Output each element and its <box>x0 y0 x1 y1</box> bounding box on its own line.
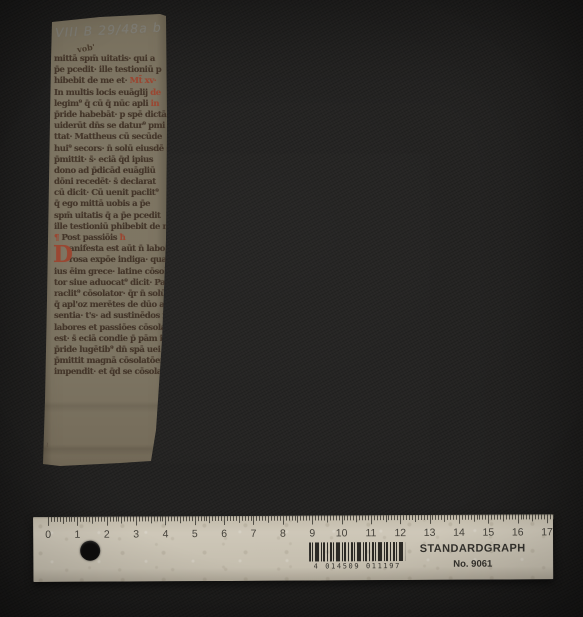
ruler-number: 3 <box>133 528 139 540</box>
ink-segment: dōni recedēt· s̄ declarat <box>54 177 156 187</box>
rubric-segment: Mt̄ xv· <box>130 76 157 86</box>
ink-segment: cū dicit· Cū uenit paclit⁹ <box>54 188 159 198</box>
ruler-tick <box>239 516 240 523</box>
ruler-number: 12 <box>394 527 406 539</box>
text-line: labores et passiōes cōsolat⁹ <box>54 323 166 334</box>
ruler-tick <box>388 515 389 520</box>
ruler-tick <box>474 515 475 522</box>
ruler-tick <box>157 516 158 521</box>
text-line: ttat· Mattheus cū secūde <box>54 132 166 143</box>
text-line: dono ad p̄dicād euāgliū <box>54 166 166 177</box>
ruler-tick <box>309 516 310 521</box>
ruler-tick <box>347 515 348 520</box>
ruler-tick <box>89 517 90 522</box>
ruler-tick <box>145 516 146 521</box>
ruler: 01234567891011121314151617 4 014509 0111… <box>33 514 553 582</box>
ruler-tick <box>380 515 381 520</box>
ruler-tick <box>450 515 451 520</box>
ruler-number: 17 <box>541 526 553 538</box>
ruler-number: 13 <box>424 527 436 539</box>
ruler-tick <box>515 514 516 519</box>
ruler-tick <box>233 516 234 521</box>
ink-segment: hui⁹ secors· n̄ solū eiusdē spm̄ <box>54 144 185 154</box>
ruler-tick <box>444 515 445 522</box>
text-line: mittā spm̄ uitatis· qui a <box>54 54 166 65</box>
ruler-tick <box>356 515 357 522</box>
ruler-tick <box>350 515 351 520</box>
ruler-tick <box>215 516 216 521</box>
ruler-number: 11 <box>365 527 376 539</box>
ruler-tick <box>312 516 313 525</box>
ruler-number: 5 <box>192 528 198 540</box>
ruler-numbers: 01234567891011121314151617 <box>33 514 553 517</box>
ruler-tick <box>221 516 222 521</box>
ruler-tick <box>98 517 99 522</box>
ruler-tick <box>526 514 527 519</box>
ruler-tick <box>121 517 122 524</box>
text-line: sentia· t's· ad sustinēdos rbu <box>54 311 166 322</box>
ruler-number: 10 <box>336 527 348 539</box>
ruler-tick <box>130 516 131 521</box>
ruler-tick <box>435 515 436 520</box>
ruler-tick <box>230 516 231 521</box>
ruler-tick <box>529 514 530 519</box>
text-line: q̄ apl'oz merētes de dūo ab <box>54 300 166 311</box>
ruler-tick <box>218 516 219 521</box>
ruler-tick <box>86 517 87 522</box>
ruler-tick <box>497 515 498 520</box>
ink-segment: ttat· Mattheus cū secūde <box>54 132 162 142</box>
ruler-tick <box>368 515 369 520</box>
ruler-tick <box>136 516 137 525</box>
ruler-tick <box>406 515 407 520</box>
text-line: tor siue aduocat⁹ dicit· Pa <box>54 278 166 289</box>
ruler-tick <box>441 515 442 520</box>
ruler-tick <box>330 515 331 520</box>
ruler-tick <box>453 515 454 520</box>
text-line: spm̄ uitatis q̄ a p̄e pcedit <box>54 211 166 222</box>
text-line: q̄ ego mittā uobis a p̄e <box>54 199 166 210</box>
text-line: cū dicit· Cū uenit paclit⁹ <box>54 188 166 199</box>
ruler-tick <box>394 515 395 520</box>
ruler-tick <box>327 515 328 522</box>
ruler-tick <box>133 516 134 521</box>
ruler-tick <box>201 516 202 521</box>
ruler-tick <box>503 515 504 522</box>
ruler-tick <box>544 514 545 519</box>
ruler-tick <box>318 516 319 521</box>
ruler-tick <box>253 516 254 525</box>
ruler-tick <box>377 515 378 520</box>
ruler-tick <box>151 516 152 523</box>
ruler-tick <box>165 516 166 525</box>
ruler-tick <box>512 514 513 519</box>
ruler-tick <box>295 516 296 521</box>
ink-segment: p̄ride lugētib⁹ dn̄ spā uei e <box>54 345 168 355</box>
ruler-number: 4 <box>163 528 169 540</box>
corner-mark: ɩ <box>45 440 50 449</box>
ruler-tick <box>397 515 398 520</box>
ruler-tick <box>183 516 184 521</box>
ruler-tick <box>204 516 205 521</box>
ink-segment: labores et passiōes cōsolat⁹ <box>54 323 172 333</box>
ruler-tick <box>438 515 439 520</box>
barcode <box>309 542 405 562</box>
ruler-tick <box>333 515 334 520</box>
ruler-tick <box>518 514 519 523</box>
ruler-tick <box>60 517 61 522</box>
ruler-tick <box>506 515 507 520</box>
ruler-tick <box>306 516 307 521</box>
pencil-shelfmark: VIII B 29/48a b <box>55 19 176 40</box>
rubric-segment: ħ <box>117 233 125 243</box>
ruler-tick <box>66 517 67 522</box>
ink-segment: tor siue aduocat⁹ dicit· Pa <box>54 278 165 288</box>
ruler-tick <box>468 515 469 520</box>
rubric-segment: de <box>150 88 160 98</box>
ink-segment: ille testioniū phibebit de me <box>54 222 176 232</box>
ruler-tick <box>459 515 460 524</box>
ruler-tick <box>550 514 551 519</box>
ink-segment: p̄mittit magnā cōsolatōem <box>54 356 168 366</box>
text-line: In multis locis euāglij de <box>54 88 166 99</box>
ruler-tick <box>77 517 78 526</box>
ink-segment: raclit⁹ cōsolator· q̄r n̄ solū eos <box>54 289 183 299</box>
ruler-tick <box>251 516 252 521</box>
ruler-tick <box>409 515 410 520</box>
ruler-tick <box>274 516 275 521</box>
ruler-tick <box>421 515 422 520</box>
ink-segment: In multis locis euāglij <box>54 88 150 98</box>
text-line: ius ēim grece· latine cōsola <box>54 267 166 278</box>
ruler-tick <box>63 517 64 524</box>
ruler-tick <box>447 515 448 520</box>
ruler-tick <box>541 514 542 519</box>
ruler-tick <box>324 515 325 520</box>
ruler-tick <box>359 515 360 520</box>
ruler-number: 7 <box>251 528 257 540</box>
ink-segment: anifesta est aūt n̄ labo <box>69 244 165 254</box>
ruler-tick <box>177 516 178 521</box>
ruler-ticks <box>33 514 553 517</box>
ruler-tick <box>101 517 102 522</box>
ruler-tick <box>280 516 281 521</box>
ruler-number: 15 <box>482 527 494 539</box>
ruler-tick <box>148 516 149 521</box>
ruler-tick <box>344 515 345 520</box>
ink-segment: p̄mittit· s̄· eciā q̄d ipius <box>54 155 153 165</box>
ruler-tick <box>248 516 249 521</box>
ruler-tick <box>462 515 463 520</box>
ruler-tick <box>124 517 125 522</box>
ruler-tick <box>259 516 260 521</box>
ruler-tick <box>71 517 72 522</box>
ink-segment: p̄ride habebāt· p spē dictā <box>54 110 166 120</box>
text-line: uiderūt dn̄s se datur⁹ pmi <box>54 121 166 132</box>
text-line: p̄ride habebāt· p spē dictā <box>54 110 166 121</box>
ruler-tick <box>476 515 477 520</box>
ruler-tick <box>118 517 119 522</box>
ruler-tick <box>482 515 483 520</box>
ruler-tick <box>245 516 246 521</box>
ruler-tick <box>289 516 290 521</box>
ruler-tick <box>491 515 492 520</box>
ruler-tick <box>339 515 340 520</box>
ruler-tick <box>51 517 52 522</box>
ruler-tick <box>127 517 128 522</box>
ruler-tick <box>69 517 70 522</box>
ink-segment: p̄e pcedit· ille testioniū p <box>54 65 161 75</box>
ruler-tick <box>418 515 419 520</box>
text-line: impendit· et q̄d se cōsolatū p̄ <box>54 367 166 378</box>
ruler-tick <box>303 516 304 521</box>
ruler-tick <box>115 517 116 522</box>
ruler-tick <box>186 516 187 521</box>
text-line: est· s̄ eciā condie p̄ pām ip̄e <box>54 334 166 345</box>
ruler-tick <box>162 516 163 521</box>
ruler-number: 14 <box>453 527 465 539</box>
ruler-tick <box>268 516 269 523</box>
ink-segment: est· s̄ eciā condie p̄ pām ip̄e <box>54 334 173 344</box>
ruler-tick <box>168 516 169 521</box>
ruler-tick <box>160 516 161 521</box>
ruler-tick <box>286 516 287 521</box>
ruler-tick <box>271 516 272 521</box>
text-line: dōni recedēt· s̄ declarat <box>54 177 166 188</box>
brand-label: STANDARDGRAPH <box>415 542 530 555</box>
ruler-number: 16 <box>512 526 524 538</box>
ruler-tick <box>48 517 49 526</box>
ruler-tick <box>256 516 257 521</box>
ruler-tick <box>104 517 105 522</box>
ruler-tick <box>535 514 536 519</box>
ruler-tick <box>471 515 472 520</box>
ruler-tick <box>532 514 533 521</box>
ink-segment: q̄ apl'oz merētes de dūo ab <box>54 300 170 310</box>
ruler-tick <box>283 516 284 525</box>
ruler-tick <box>180 516 181 523</box>
ruler-tick <box>236 516 237 521</box>
ruler-tick <box>107 517 108 526</box>
ruler-tick <box>341 515 342 524</box>
ruler-tick <box>432 515 433 520</box>
ink-segment: ius ēim grece· latine cōsola <box>54 267 172 277</box>
text-line: hibebit de me et· Mt̄ xv· <box>54 76 166 87</box>
drop-cap-initial: D <box>53 244 73 266</box>
ruler-tick <box>224 516 225 525</box>
ink-segment: uiderūt dn̄s se datur⁹ pmi <box>54 121 165 131</box>
ruler-tick <box>54 517 55 522</box>
ruler-tick <box>371 515 372 524</box>
text-line: p̄mittit magnā cōsolatōem <box>54 356 166 367</box>
ruler-tick <box>386 515 387 522</box>
ink-segment: mittā spm̄ uitatis· qui a <box>54 54 155 64</box>
ruler-tick <box>547 514 548 523</box>
ruler-tick <box>400 515 401 524</box>
ruler-tick <box>521 514 522 519</box>
text-line: p̄mittit· s̄· eciā q̄d ipius <box>54 155 166 166</box>
text-line: p̄ride lugētib⁹ dn̄ spā uei e <box>54 345 166 356</box>
ruler-tick <box>374 515 375 520</box>
ruler-tick <box>321 515 322 520</box>
ruler-tick <box>110 517 111 522</box>
ruler-hole <box>80 541 100 561</box>
ruler-tick <box>95 517 96 522</box>
ruler-number: 6 <box>221 528 227 540</box>
barcode-digits: 4 014509 011197 <box>301 562 413 571</box>
ruler-tick <box>265 516 266 521</box>
ruler-tick <box>523 514 524 519</box>
text-line: raclit⁹ cōsolator· q̄r n̄ solū eos <box>54 289 166 300</box>
ink-segment: q̄ ego mittā uobis a p̄e <box>54 199 150 209</box>
text-line: hui⁹ secors· n̄ solū eiusdē spm̄ <box>54 144 166 155</box>
ruler-tick <box>198 516 199 521</box>
ruler-tick <box>362 515 363 520</box>
ruler-tick <box>80 517 81 522</box>
ruler-tick <box>315 516 316 521</box>
ruler-tick <box>92 517 93 524</box>
ink-segment: impendit· et q̄d se cōsolatū p̄ <box>54 367 179 377</box>
ink-segment: rosa expōe indiga· quase cu <box>69 255 189 265</box>
ruler-tick <box>430 515 431 524</box>
ruler-tick <box>209 516 210 523</box>
ruler-tick <box>142 516 143 521</box>
manuscript-fragment: VIII B 29/48a b vob' D mittā spm̄ uitati… <box>43 14 168 467</box>
ruler-tick <box>171 516 172 521</box>
ruler-tick <box>336 515 337 520</box>
ruler-tick <box>113 517 114 522</box>
ruler-tick <box>154 516 155 521</box>
ruler-tick <box>509 515 510 520</box>
ink-segment: dono ad p̄dicād euāgliū <box>54 166 155 176</box>
ruler-tick <box>500 515 501 520</box>
ruler-tick <box>57 517 58 522</box>
ruler-tick <box>365 515 366 520</box>
ruler-tick <box>538 514 539 519</box>
ruler-tick <box>427 515 428 520</box>
ruler-tick <box>227 516 228 521</box>
ruler-tick <box>174 516 175 521</box>
rubric-segment: in <box>151 99 160 109</box>
ruler-tick <box>553 514 554 519</box>
ruler-tick <box>383 515 384 520</box>
ruler-tick <box>74 517 75 522</box>
ruler-tick <box>488 515 489 524</box>
ruler-tick <box>412 515 413 520</box>
ruler-number: 0 <box>45 529 51 541</box>
ruler-tick <box>192 516 193 521</box>
ruler-tick <box>300 516 301 521</box>
ruler-tick <box>189 516 190 521</box>
ruler-tick <box>465 515 466 520</box>
ruler-tick <box>292 516 293 521</box>
ruler-number: 1 <box>74 529 80 541</box>
ruler-tick <box>242 516 243 521</box>
ruler-number: 2 <box>104 529 110 541</box>
text-line: ille testioniū phibebit de me <box>54 222 166 233</box>
ruler-tick <box>391 515 392 520</box>
ruler-tick <box>206 516 207 521</box>
ruler-number: 8 <box>280 528 286 540</box>
ruler-tick <box>212 516 213 521</box>
ruler-tick <box>139 516 140 521</box>
model-label: No. 9061 <box>415 558 530 570</box>
ruler-tick <box>297 516 298 523</box>
ruler-tick <box>83 517 84 522</box>
ruler-tick <box>353 515 354 520</box>
manuscript-text: D mittā spm̄ uitatis· qui ap̄e pcedit· i… <box>54 54 166 378</box>
photo-background: VIII B 29/48a b vob' D mittā spm̄ uitati… <box>0 0 583 617</box>
ink-segment: legim⁹ q̄ cū q̄ nūc apli <box>54 99 151 109</box>
ruler-tick <box>456 515 457 520</box>
ink-segment: spm̄ uitatis q̄ a p̄e pcedit <box>54 211 160 221</box>
ink-segment: sentia· t's· ad sustinēdos rbu <box>54 311 178 321</box>
ruler-tick <box>195 516 196 525</box>
ruler-number: 9 <box>309 528 315 540</box>
ruler-tick <box>262 516 263 521</box>
ink-note: vob' <box>76 42 95 55</box>
ruler-tick <box>277 516 278 521</box>
ruler-tick <box>479 515 480 520</box>
ruler-tick <box>424 515 425 520</box>
text-line: p̄e pcedit· ille testioniū p <box>54 65 166 76</box>
ruler-tick <box>415 515 416 522</box>
ink-segment: hibebit de me et· <box>54 76 130 86</box>
ruler-tick <box>403 515 404 520</box>
ruler-tick <box>485 515 486 520</box>
text-line: legim⁹ q̄ cū q̄ nūc apli in <box>54 99 166 110</box>
ruler-tick <box>494 515 495 520</box>
